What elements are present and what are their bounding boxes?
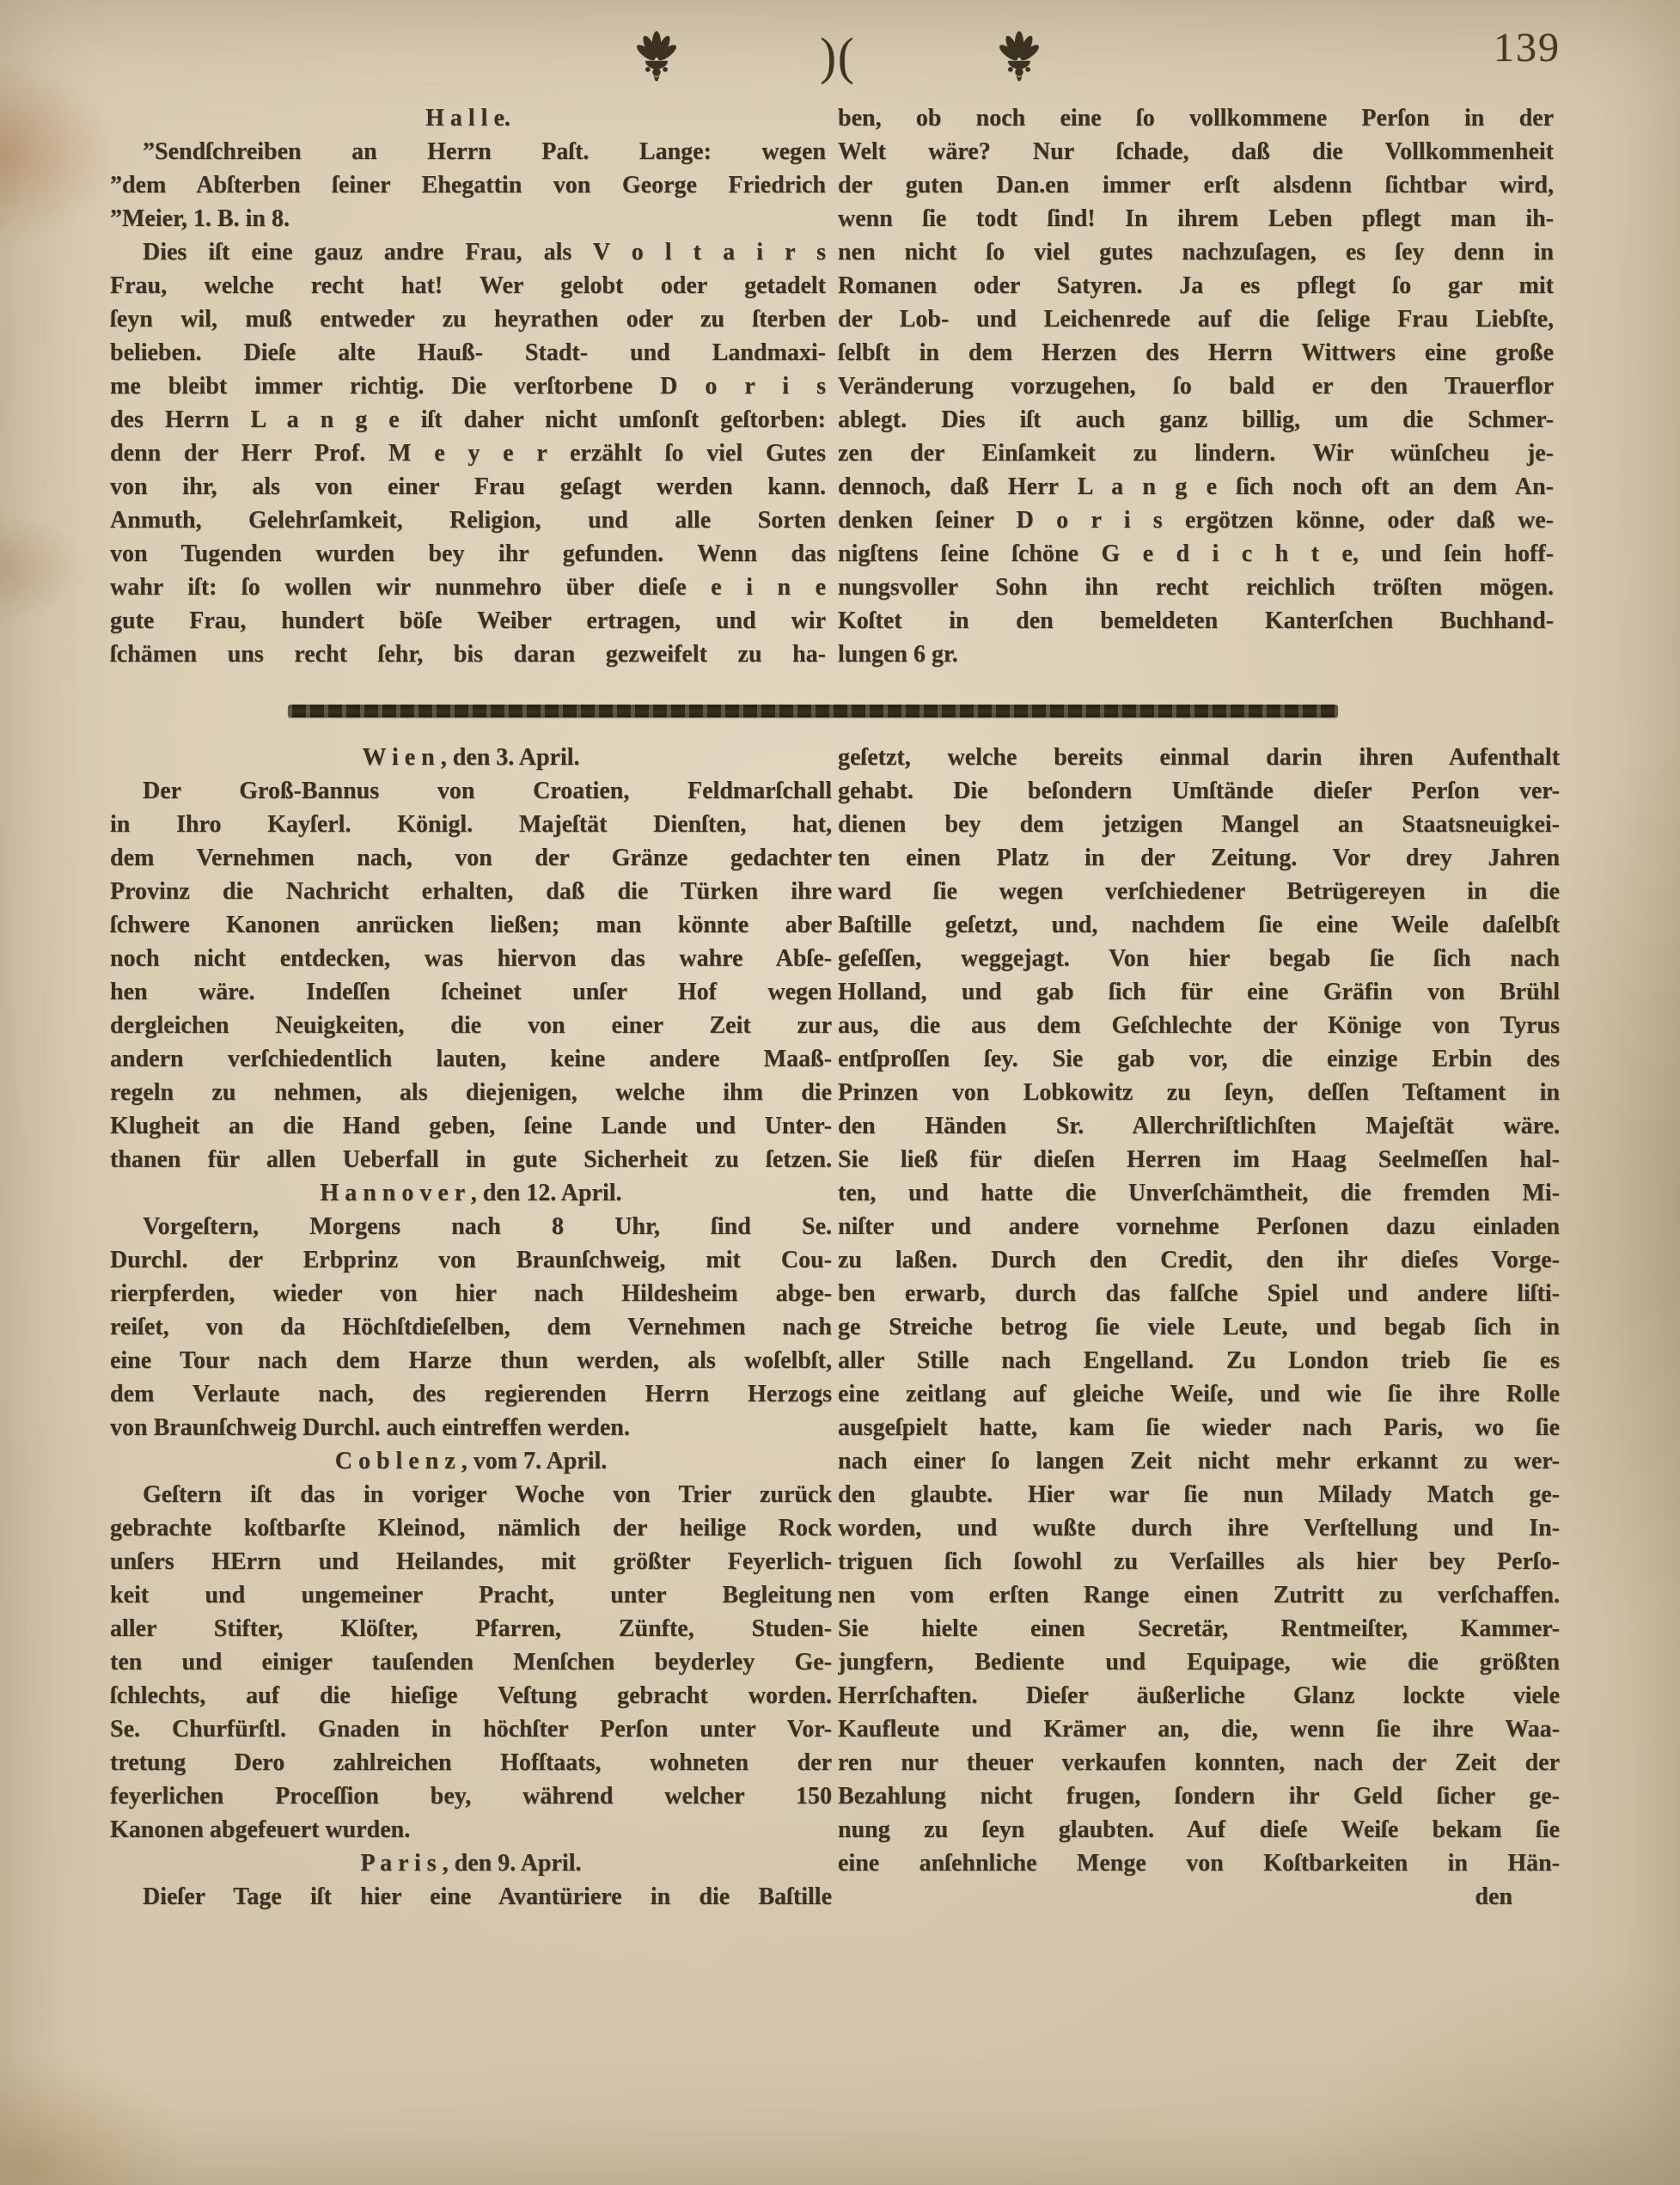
news-section-left-column: W i e n , den 3. April.Der Groß-Bannus v… <box>110 741 832 1913</box>
body-text-line: wenn ſie todt ſind! In ihrem Leben pfleg… <box>838 202 1554 235</box>
body-text-line: Kanonen abgefeuert wurden. <box>110 1813 832 1846</box>
shell-fleuron-icon <box>994 30 1044 83</box>
body-text-line: ten einen Platz in der Zeitung. Vor drey… <box>838 841 1560 875</box>
body-text-line: Der Groß-Bannus von Croatien, Feldmarſch… <box>110 774 832 808</box>
body-text-line: jungfern, Bediente und Equipage, wie die… <box>838 1645 1560 1679</box>
body-text-line: me bleibt immer richtig. Die verſtorbene… <box>110 369 826 403</box>
body-text-line: dergleichen Neuigkeiten, die von einer Z… <box>110 1009 832 1042</box>
body-text-line: ”Meier, 1. B. in 8. <box>110 202 826 235</box>
body-text-line: ſchlechts, auf die hieſige Veſtung gebra… <box>110 1679 832 1712</box>
body-text-line: von Tugenden wurden bey ihr gefunden. We… <box>110 537 826 571</box>
dateline-heading: W i e n , den 3. April. <box>110 741 832 774</box>
halle-article-left-column: H a l l e.”Sendſchreiben an Herrn Paſt. … <box>110 101 826 671</box>
body-text-line: regeln zu nehmen, als diejenigen, welche… <box>110 1076 832 1109</box>
body-text-line: Bezahlung nicht frugen, ſondern ihr Geld… <box>838 1779 1560 1813</box>
body-text-line: Holland, und gab ſich für eine Gräfin vo… <box>838 975 1560 1009</box>
body-text-line: nen vom erſten Range einen Zutritt zu ve… <box>838 1578 1560 1612</box>
body-text-line: geſetzt, welche bereits einmal darin ihr… <box>838 741 1560 774</box>
body-text-line: ”Sendſchreiben an Herrn Paſt. Lange: weg… <box>110 135 826 168</box>
body-text-line: keit und ungemeiner Pracht, unter Beglei… <box>110 1578 832 1612</box>
body-text-line: eine anſehnliche Menge von Koſtbarkeiten… <box>838 1846 1560 1880</box>
dateline-heading: P a r i s , den 9. April. <box>110 1846 832 1880</box>
body-text-line: reiſet, von da Höchſtdieſelben, dem Vern… <box>110 1310 832 1344</box>
body-text-line: lungen 6 gr. <box>838 638 1554 671</box>
body-text-line: ben, ob noch eine ſo vollkommene Perſon … <box>838 101 1554 135</box>
body-text-line: aller Stifter, Klöſter, Pfarren, Zünfte,… <box>110 1612 832 1645</box>
body-text-line: nen nicht ſo viel gutes nachzuſagen, es … <box>838 235 1554 269</box>
body-text-line: nungsvoller Sohn ihn recht reichlich trö… <box>838 571 1554 604</box>
body-text-line: ſeyn wil, muß entweder zu heyrathen oder… <box>110 302 826 336</box>
body-text-line: geſeſſen, weggejagt. Von hier begab ſie … <box>838 942 1560 975</box>
body-text-line: ſchämen uns recht ſehr, bis daran gezwei… <box>110 638 826 671</box>
body-text-line: gehabt. Die beſondern Umſtände dieſer Pe… <box>838 774 1560 808</box>
dateline-heading: H a l l e. <box>110 101 826 135</box>
body-text-line: ten und einiger tauſenden Menſchen beyde… <box>110 1645 832 1679</box>
body-text-line: Kaufleute und Krämer an, die, wenn ſie i… <box>838 1712 1560 1746</box>
body-text-line: dem Verlaute nach, des regierenden Herrn… <box>110 1377 832 1411</box>
body-text-line: eine Tour nach dem Harze thun werden, al… <box>110 1344 832 1377</box>
body-text-line: Baſtille geſetzt, und, nachdem ſie eine … <box>838 908 1560 942</box>
body-text-line: unſers HErrn und Heilandes, mit größter … <box>110 1545 832 1578</box>
body-text-line: ablegt. Dies iſt auch ganz billig, um di… <box>838 403 1554 436</box>
halle-article-right-column: ben, ob noch eine ſo vollkommene Perſon … <box>838 101 1554 671</box>
body-text-line: denn der Herr Prof. M e y e r erzählt ſo… <box>110 436 826 470</box>
body-text-line: feyerlichen Proceſſion bey, während welc… <box>110 1779 832 1813</box>
body-text-line: triguen ſich ſowohl zu Verſailles als hi… <box>838 1545 1560 1578</box>
body-text-line: Dieſer Tage iſt hier eine Avantüriere in… <box>110 1880 832 1913</box>
body-text-line: dienen bey dem jetzigen Mangel an Staats… <box>838 808 1560 841</box>
body-text-line: aus, die aus dem Geſchlechte der Könige … <box>838 1009 1560 1042</box>
body-text-line: zu laßen. Durch den Credit, den ihr dieſ… <box>838 1243 1560 1277</box>
news-section-right-column: geſetzt, welche bereits einmal darin ihr… <box>838 741 1560 1913</box>
body-text-line: Sie hielte einen Secretär, Rentmeiſter, … <box>838 1612 1560 1645</box>
dateline-heading: C o b l e n z , vom 7. April. <box>110 1444 832 1478</box>
body-text-line: gute Frau, hundert böſe Weiber ertragen,… <box>110 604 826 638</box>
body-text-line: Dies iſt eine gauz andre Frau, als V o l… <box>110 235 826 269</box>
body-text-line: hen wäre. Indeſſen ſcheinet unſer Hof we… <box>110 975 832 1009</box>
newspaper-page: )( 139 H a l l e.”Sendſchreiben an Herrn… <box>0 0 1680 2185</box>
body-text-line: Koſtet in den bemeldeten Kanterſchen Buc… <box>838 604 1554 638</box>
body-text-line: ten, und hatte die Unverſchämtheit, die … <box>838 1176 1560 1210</box>
dateline-heading: H a n n o v e r , den 12. April. <box>110 1176 832 1210</box>
body-text-line: Veränderung vorzugehen, ſo bald er den T… <box>838 369 1554 403</box>
body-text-line: der Lob- und Leichenrede auf die ſelige … <box>838 302 1554 336</box>
body-text-line: Vorgeſtern, Morgens nach 8 Uhr, ſind Se. <box>110 1210 832 1243</box>
body-text-line: worden, und wußte durch ihre Verſtellung… <box>838 1511 1560 1545</box>
body-text-line: Se. Churfürſtl. Gnaden in höchſter Perſo… <box>110 1712 832 1746</box>
body-text-line: ausgeſpielt hatte, kam ſie wieder nach P… <box>838 1411 1560 1444</box>
body-text-line: ſelbſt in dem Herzen des Herrn Wittwers … <box>838 336 1554 369</box>
body-text-line: den <box>838 1880 1560 1913</box>
body-text-line: nigſtens ſeine ſchöne G e d i c h t e, u… <box>838 537 1554 571</box>
body-text-line: zen der Einſamkeit zu lindern. Wir wünſc… <box>838 436 1554 470</box>
body-text-line: eine zeitlang auf gleiche Weiſe, und wie… <box>838 1377 1560 1411</box>
section-divider-rule <box>288 705 1338 717</box>
body-text-line: denken ſeiner D o r i s ergötzen könne, … <box>838 504 1554 537</box>
body-text-line: thanen für allen Ueberfall in gute Siche… <box>110 1143 832 1176</box>
shell-fleuron-icon <box>632 30 681 83</box>
body-text-line: ge Streiche betrog ſie viele Leute, und … <box>838 1310 1560 1344</box>
body-text-line: tretung Dero zahlreichen Hofſtaats, wohn… <box>110 1746 832 1779</box>
header-center-mark: )( <box>820 31 855 82</box>
body-text-line: des Herrn L a n g e iſt daher nicht umſo… <box>110 403 826 436</box>
body-text-line: andern verſchiedentlich lauten, keine an… <box>110 1042 832 1076</box>
body-text-line: nach einer ſo langen Zeit nicht mehr erk… <box>838 1444 1560 1478</box>
body-text-line: in Ihro Kayſerl. Königl. Majeſtät Dienſt… <box>110 808 832 841</box>
body-text-line: Sie ließ für dieſen Herren im Haag Seelm… <box>838 1143 1560 1176</box>
body-text-line: ren nur theuer verkaufen konnten, nach d… <box>838 1746 1560 1779</box>
header-ornaments: )( <box>632 22 1044 91</box>
body-text-line: gebrachte koſtbarſte Kleinod, nämlich de… <box>110 1511 832 1545</box>
page-number: 139 <box>1494 24 1605 71</box>
body-text-line: Provinz die Nachricht erhalten, daß die … <box>110 875 832 908</box>
body-text-line: Prinzen von Lobkowitz zu ſeyn, deſſen Te… <box>838 1076 1560 1109</box>
body-text-line: belieben. Dieſe alte Hauß- Stadt- und La… <box>110 336 826 369</box>
body-text-line: Frau, welche recht hat! Wer gelobt oder … <box>110 269 826 302</box>
body-text-line: Durchl. der Erbprinz von Braunſchweig, m… <box>110 1243 832 1277</box>
body-text-line: den Händen Sr. Allerchriſtlichſten Majeſ… <box>838 1109 1560 1143</box>
body-text-line: Romanen oder Satyren. Ja es pflegt ſo ga… <box>838 269 1554 302</box>
body-text-line: nung zu ſeyn glaubten. Auf dieſe Weiſe b… <box>838 1813 1560 1846</box>
body-text-line: dem Vernehmen nach, von der Gränze gedac… <box>110 841 832 875</box>
body-text-line: ſchwere Kanonen anrücken ließen; man kön… <box>110 908 832 942</box>
body-text-line: Klugheit an die Hand geben, ſeine Lande … <box>110 1109 832 1143</box>
body-text-line: Geſtern iſt das in voriger Woche von Tri… <box>110 1478 832 1511</box>
body-text-line: noch nicht entdecken, was hiervon das wa… <box>110 942 832 975</box>
body-text-line: Welt wäre? Nur ſchade, daß die Vollkomme… <box>838 135 1554 168</box>
body-text-line: Herrſchaften. Dieſer äußerliche Glanz lo… <box>838 1679 1560 1712</box>
body-text-line: Anmuth, Gelehrſamkeit, Religion, und all… <box>110 504 826 537</box>
body-text-line: dennoch, daß Herr L a n g e ſich noch of… <box>838 470 1554 504</box>
body-text-line: ben erwarb, durch das falſche Spiel und … <box>838 1277 1560 1310</box>
body-text-line: von Braunſchweig Durchl. auch eintreffen… <box>110 1411 832 1444</box>
body-text-line: ”dem Abſterben ſeiner Ehegattin von Geor… <box>110 168 826 202</box>
body-text-line: wahr iſt: ſo wollen wir nunmehro über di… <box>110 571 826 604</box>
body-text-line: rierpferden, wieder von hier nach Hildes… <box>110 1277 832 1310</box>
body-text-line: ward ſie wegen verſchiedener Betrügereye… <box>838 875 1560 908</box>
body-text-line: von ihr, als von einer Frau geſagt werde… <box>110 470 826 504</box>
body-text-line: niſter und andere vornehme Perſonen dazu… <box>838 1210 1560 1243</box>
body-text-line: aller Stille nach Engelland. Zu London t… <box>838 1344 1560 1377</box>
body-text-line: der guten Dan.en immer erſt alsdenn ſich… <box>838 168 1554 202</box>
body-text-line: entſproſſen ſey. Sie gab vor, die einzig… <box>838 1042 1560 1076</box>
body-text-line: den glaubte. Hier war ſie nun Milady Mat… <box>838 1478 1560 1511</box>
